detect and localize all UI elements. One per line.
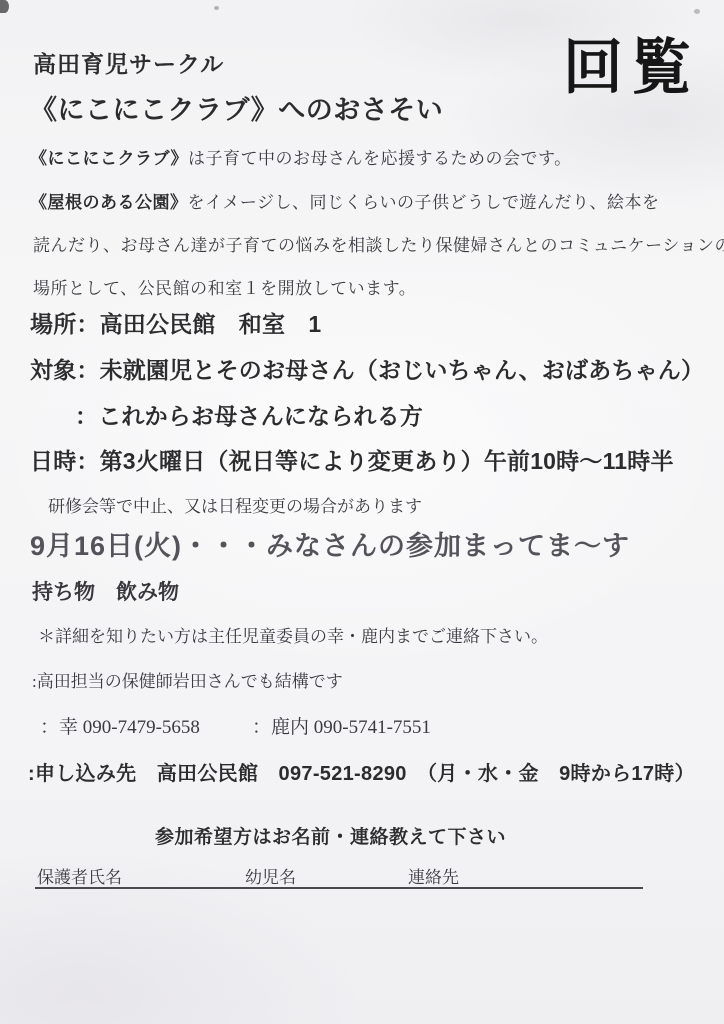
circulation-stamp: 回覧 xyxy=(563,20,699,106)
detail-schedule: 日時：第3火曜日（祝日等により変更あり）午前10時～11時半 xyxy=(30,443,674,476)
form-label-contact-info: 連絡先 xyxy=(408,863,459,888)
intro-club-rest: は子育て中のお母さんを応援するための会です。 xyxy=(188,149,572,168)
scan-artifact xyxy=(0,0,9,13)
schedule-note: 研修会等で中止、又は日程変更の場合があります xyxy=(48,492,422,517)
scanned-flyer-page: 高田育児サークル 回覧 《にこにこクラブ》へのおさそい 《にこにこクラブ》は子育… xyxy=(0,0,724,1024)
intro-club-lead: 《にこにこクラブ》 xyxy=(30,149,188,168)
contact-note-1: ＊詳細を知りたい方は主任児童委員の幸・鹿内までご連絡下さい。 xyxy=(38,622,548,647)
headline: 《にこにこクラブ》へのおさそい xyxy=(30,88,443,127)
intro-line-1: 《にこにこクラブ》は子育て中のお母さんを応援するための会です。 xyxy=(30,144,572,169)
circle-name: 高田育児サークル xyxy=(33,46,224,79)
form-heading: 参加希望方はお名前・連絡教えて下さい xyxy=(155,822,506,849)
form-label-child-name: 幼児名 xyxy=(245,863,296,888)
intro-line-2: 《屋根のある公園》をイメージし、同じくらいの子供どうしで遊んだり、絵本を xyxy=(30,188,660,213)
items-to-bring: 持ち物 飲み物 xyxy=(32,576,179,606)
form-label-guardian-name: 保護者氏名 xyxy=(37,863,122,888)
intro-line-4: 場所として、公民館の和室１を開放しています。 xyxy=(33,274,416,299)
intro-park-rest: をイメージし、同じくらいの子供どうしで遊んだり、絵本を xyxy=(188,193,660,212)
detail-place: 場所：高田公民館 和室 1 xyxy=(30,306,321,339)
phone-shikanai: ：鹿内 090-5741-7551 xyxy=(252,712,431,739)
intro-park-lead: 《屋根のある公園》 xyxy=(30,193,188,212)
scan-artifact xyxy=(214,6,219,10)
form-write-in-line xyxy=(35,887,643,889)
detail-target-2: ：これからお母さんになられる方 xyxy=(75,398,423,431)
application-contact: :申し込み先 高田公民館 097-521-8290 （月・水・金 9時から17時… xyxy=(28,757,695,786)
contact-note-2: :高田担当の保健師岩田さんでも結構です xyxy=(32,667,343,692)
scan-artifact xyxy=(694,9,700,14)
next-meeting-announcement: 9月16日(火)・・・みなさんの参加まってま～す xyxy=(30,524,630,563)
intro-line-3: 読んだり、お母さん達が子育ての悩みを相談したり保健婦さんとのコミュニケーションの xyxy=(33,231,724,256)
phone-yuki: ：幸 090-7479-5658 xyxy=(40,712,200,739)
detail-target-1: 対象：未就園児とそのお母さん（おじいちゃん、おばあちゃん） xyxy=(30,352,704,385)
